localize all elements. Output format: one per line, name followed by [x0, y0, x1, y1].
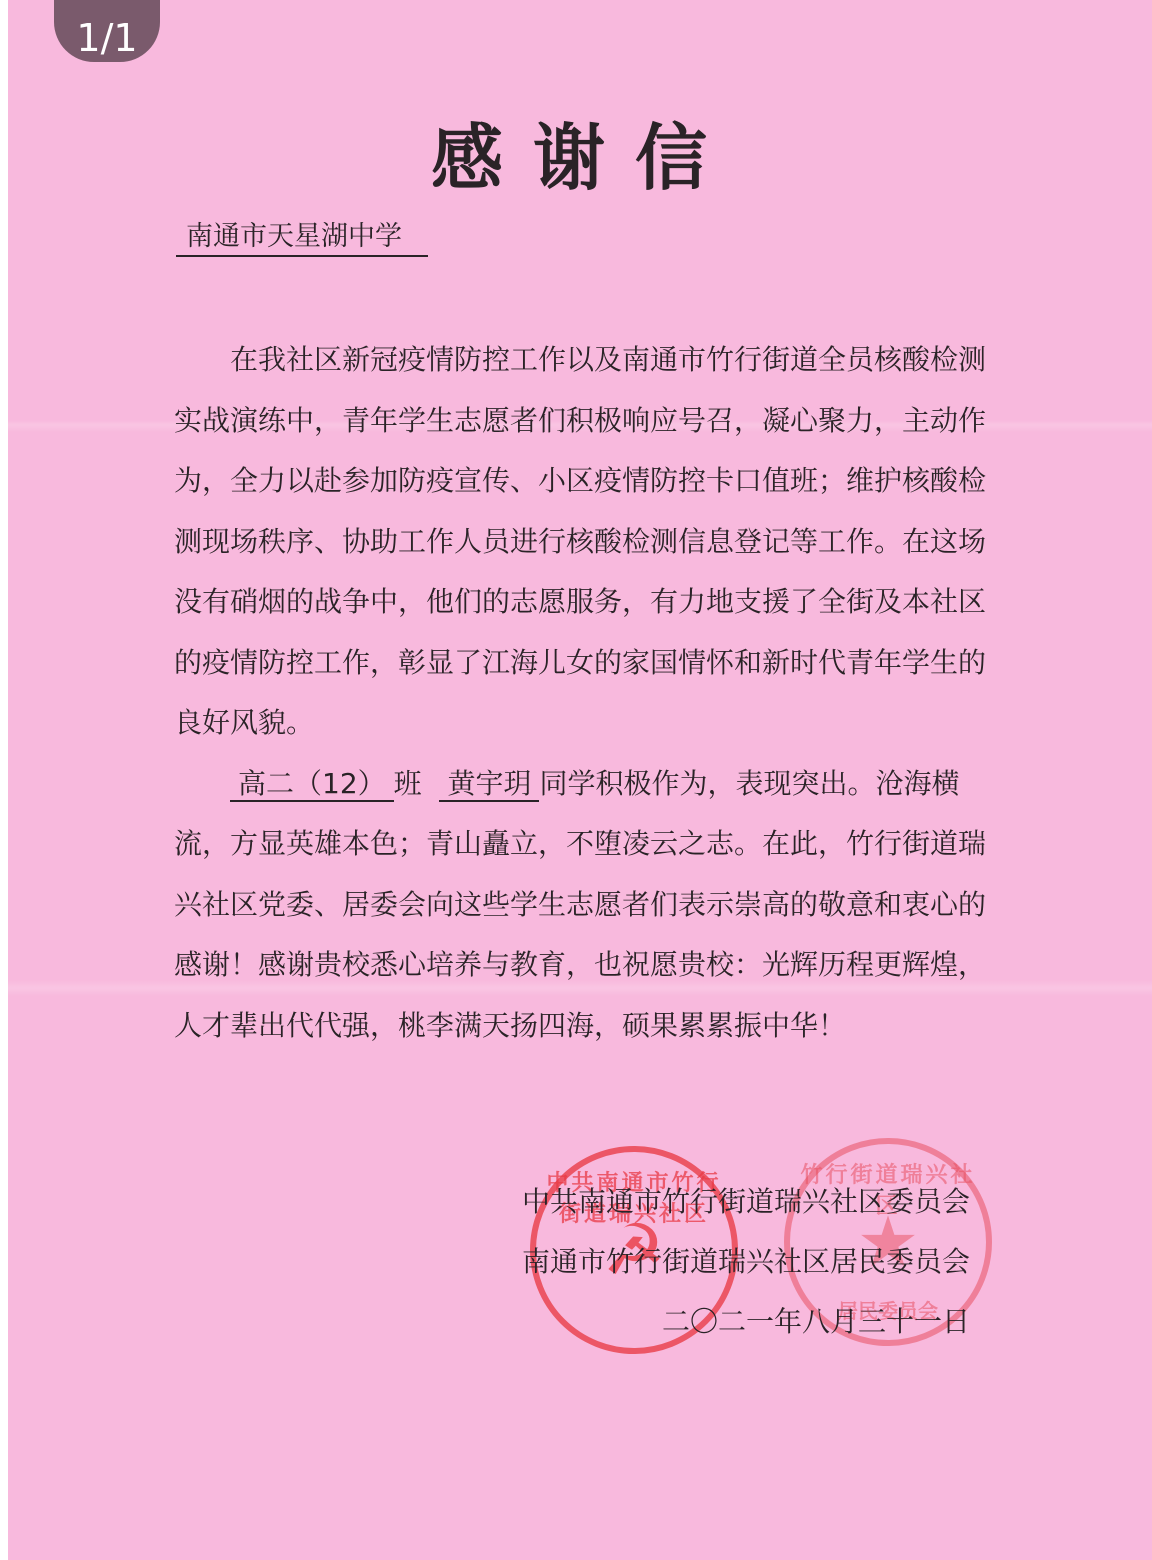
- signature-org-2: 南通市竹行街道瑞兴社区居民委员会: [522, 1232, 970, 1292]
- class-suffix: 班: [394, 767, 422, 800]
- signature-org-1: 中共南通市竹行街道瑞兴社区委员会: [522, 1172, 970, 1232]
- class-name: 高二（12）: [230, 767, 394, 802]
- letter-title: 感谢信: [8, 100, 1152, 204]
- recipient: 南通市天星湖中学: [176, 214, 428, 257]
- signature-date: 二〇二一年八月三十一日: [522, 1292, 970, 1352]
- letter-body: 在我社区新冠疫情防控工作以及南通市竹行街道全员核酸检测实战演练中，青年学生志愿者…: [174, 330, 990, 1056]
- paragraph-2-text: 同学积极作为，表现突出。沧海横流，方显英雄本色；青山矗立，不堕凌云之志。在此，竹…: [174, 767, 986, 1042]
- page-indicator-text: 1/1: [76, 0, 137, 80]
- student-name: 黄宇玥: [439, 767, 539, 802]
- page-indicator: 1/1: [54, 0, 160, 62]
- paragraph-2: 高二（12）班 黄宇玥同学积极作为，表现突出。沧海横流，方显英雄本色；青山矗立，…: [174, 754, 990, 1057]
- letter-paper: 感谢信 南通市天星湖中学 在我社区新冠疫情防控工作以及南通市竹行街道全员核酸检测…: [8, 0, 1152, 1560]
- signature-block: 中共南通市竹行街道瑞兴社区委员会 南通市竹行街道瑞兴社区居民委员会 二〇二一年八…: [522, 1172, 970, 1352]
- paragraph-1: 在我社区新冠疫情防控工作以及南通市竹行街道全员核酸检测实战演练中，青年学生志愿者…: [174, 330, 990, 754]
